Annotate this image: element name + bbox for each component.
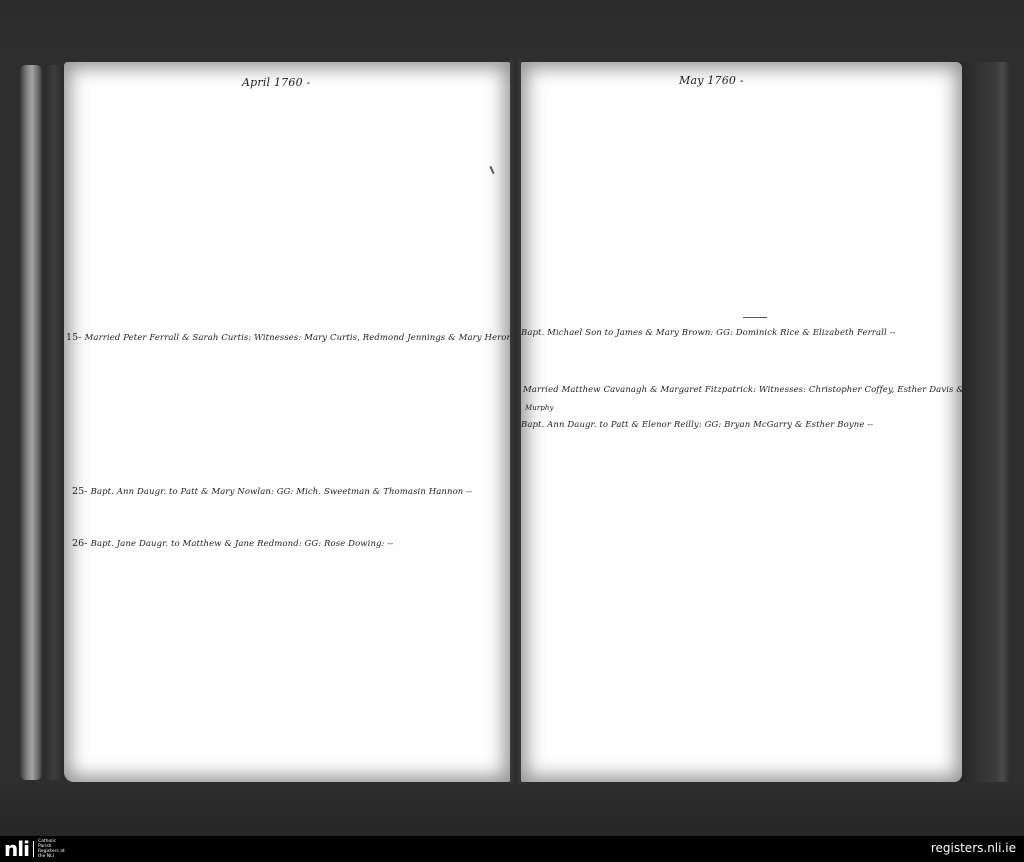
entry-day: 26- — [72, 538, 88, 549]
register-entry: Bapt. Ann Daugr. to Patt & Elenor Reilly… — [521, 420, 873, 430]
ink-mark — [489, 166, 494, 174]
left-page-heading: April 1760 - — [242, 76, 310, 89]
right-page: May 1760 - Bapt. Michael Son to James & … — [521, 62, 962, 782]
book-edge-left — [20, 65, 42, 780]
entry-text: Murphy — [525, 404, 554, 412]
site-url-link[interactable]: registers.nli.ie — [931, 841, 1016, 855]
entry-text: Married Matthew Cavanagh & Margaret Fitz… — [523, 385, 962, 395]
entry-text: Bapt. Michael Son to James & Mary Brown:… — [521, 328, 896, 338]
entry-text: Married Peter Ferrall & Sarah Curtis: Wi… — [85, 333, 510, 343]
register-entry: 26-Bapt. Jane Daugr. to Matthew & Jane R… — [72, 538, 393, 549]
register-entry: Married Matthew Cavanagh & Margaret Fitz… — [523, 385, 962, 395]
logo-text: Catholic Parish Registers at the NLI — [38, 839, 68, 859]
register-image-viewer[interactable]: April 1760 - 15-Married Peter Ferrall & … — [0, 0, 1024, 836]
register-entry-continuation: Murphy — [525, 404, 554, 412]
book-edge-left-shadow — [44, 65, 64, 780]
right-page-heading: May 1760 - — [679, 74, 744, 87]
logo-divider — [33, 841, 34, 857]
book-edge-right — [960, 62, 1010, 782]
entry-day: 25- — [72, 486, 88, 497]
entry-text: Bapt. Jane Daugr. to Matthew & Jane Redm… — [91, 539, 394, 549]
footer-bar: nli Catholic Parish Registers at the NLI… — [0, 836, 1024, 862]
register-entry: Bapt. Michael Son to James & Mary Brown:… — [521, 328, 896, 338]
book-gutter — [510, 58, 521, 784]
register-entry: 25-Bapt. Ann Daugr. to Patt & Mary Nowla… — [72, 486, 472, 497]
register-entry: 15-Married Peter Ferrall & Sarah Curtis:… — [66, 332, 510, 343]
entry-text: Bapt. Ann Daugr. to Patt & Mary Nowlan: … — [91, 487, 473, 497]
entry-text: Bapt. Ann Daugr. to Patt & Elenor Reilly… — [521, 420, 873, 430]
ink-rule — [743, 317, 767, 318]
left-page: April 1760 - 15-Married Peter Ferrall & … — [64, 62, 510, 782]
entry-day: 15- — [66, 332, 82, 343]
nli-logo-mark: nli — [4, 840, 29, 858]
nli-logo[interactable]: nli Catholic Parish Registers at the NLI — [4, 840, 68, 858]
